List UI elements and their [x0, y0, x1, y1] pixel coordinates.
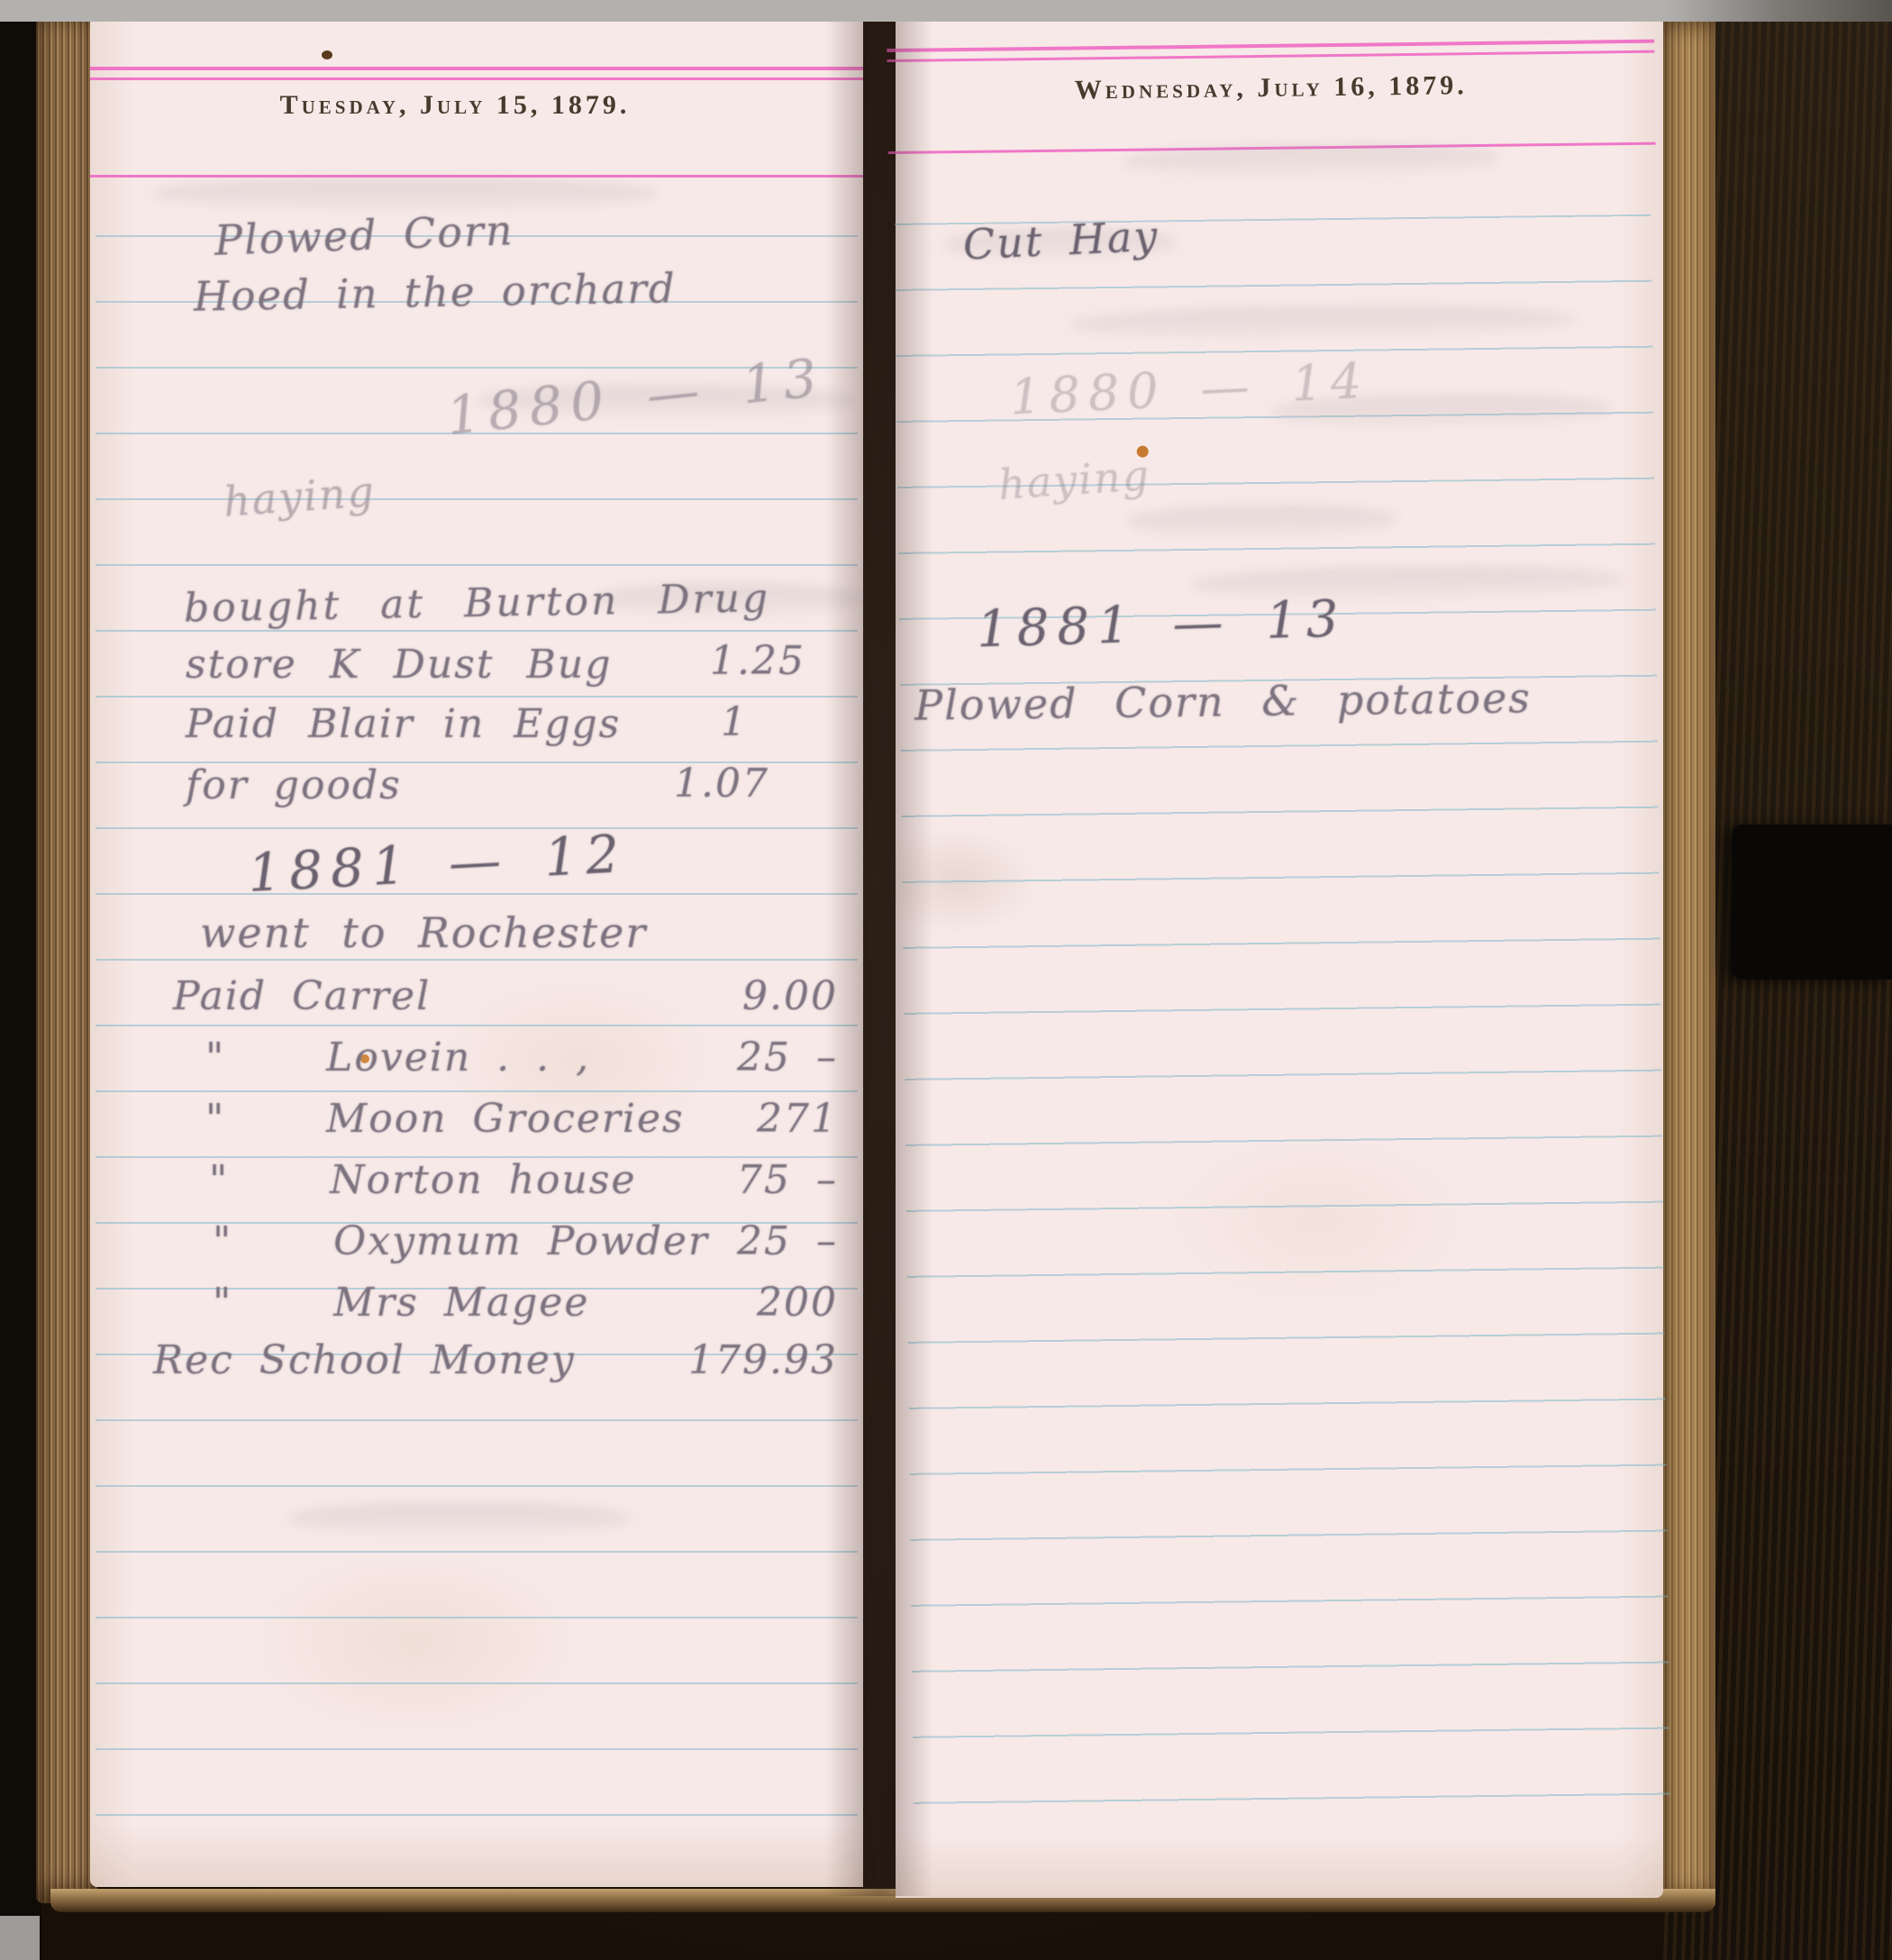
- ink-bleedthrough: [153, 178, 658, 209]
- ledger-item: " Mrs Magee: [213, 1280, 589, 1326]
- ledger-row: Rec School Money 179.93: [171, 1337, 838, 1391]
- ledger-item: " Oxymum Powder: [213, 1218, 709, 1264]
- pink-margin-line: [887, 50, 1654, 62]
- ledger-item: Paid Carrel: [173, 973, 431, 1019]
- page-date-header-right: Wednesday, July 16, 1879.: [887, 68, 1655, 108]
- pink-margin-line: [90, 175, 863, 178]
- scanner-edge-strip: [0, 0, 1892, 22]
- entry-for-goods: for goods: [186, 762, 402, 808]
- entry-1881-13: 1881 — 13: [976, 589, 1347, 659]
- ledger-row: " Lovein . . , 25 –: [171, 1035, 838, 1089]
- clasp-tab: [1732, 825, 1892, 980]
- entry-cut-hay: Cut Hay: [962, 212, 1160, 269]
- ledger-item: " Lovein . . ,: [205, 1035, 590, 1080]
- ledger-row: " Oxymum Powder 25 –: [171, 1218, 838, 1272]
- left-page: Tuesday, July 15, 1879. Plowed Corn Hoed…: [90, 7, 863, 1887]
- ledger-row: " Moon Groceries 271: [171, 1096, 838, 1150]
- ledger-item: Rec School Money: [153, 1337, 576, 1383]
- ledger-amount: 200: [757, 1280, 838, 1326]
- amount-goods: 1.07: [674, 761, 769, 807]
- entry-haying: haying: [997, 451, 1152, 509]
- entry-paid-blair-eggs: Paid Blair in Eggs: [186, 701, 621, 747]
- amount-dust-bug: 1.25: [710, 638, 805, 684]
- entry-hoed-orchard: Hoed in the orchard: [194, 264, 678, 320]
- ledger-amount: 179.93: [688, 1337, 838, 1383]
- right-page: Wednesday, July 16, 1879. Cut Hay 1880 —…: [896, 14, 1663, 1898]
- ledger-row: Paid Carrel 9.00: [171, 973, 838, 1027]
- scanner-edge-corner: [0, 1916, 40, 1960]
- diary-scan: Tuesday, July 15, 1879. Plowed Corn Hoed…: [0, 0, 1892, 1960]
- ledger-item: " Norton house: [209, 1157, 637, 1203]
- ledger-amount: 25 –: [737, 1035, 838, 1080]
- ledger-row: " Norton house 75 –: [171, 1157, 838, 1211]
- pink-margin-line: [887, 40, 1654, 52]
- paper-speck: [322, 50, 332, 59]
- entry-plowed-corn-potatoes: Plowed Corn & potatoes: [914, 673, 1532, 729]
- amount-eggs: 1: [721, 699, 748, 745]
- ledger-row: " Mrs Magee 200: [171, 1280, 838, 1334]
- page-date-header-left: Tuesday, July 15, 1879.: [68, 90, 841, 121]
- ledger-amount: 271: [757, 1096, 838, 1142]
- right-page-content: Wednesday, July 16, 1879. Cut Hay 1880 —…: [887, 5, 1677, 1898]
- paper-stain: [288, 1503, 631, 1534]
- pink-margin-line: [90, 77, 863, 80]
- entry-went-to-rochester: went to Rochester: [200, 908, 647, 957]
- ledger-amount: 9.00: [742, 973, 838, 1019]
- entry-store-k-dust-bug: store K Dust Bug: [186, 642, 612, 688]
- ledger-amount: 75 –: [737, 1157, 838, 1203]
- ledger-amount: 25 –: [737, 1218, 838, 1264]
- page-edges-left: [36, 4, 97, 1903]
- ledger-item: " Moon Groceries: [205, 1096, 685, 1142]
- pink-margin-line: [90, 67, 863, 70]
